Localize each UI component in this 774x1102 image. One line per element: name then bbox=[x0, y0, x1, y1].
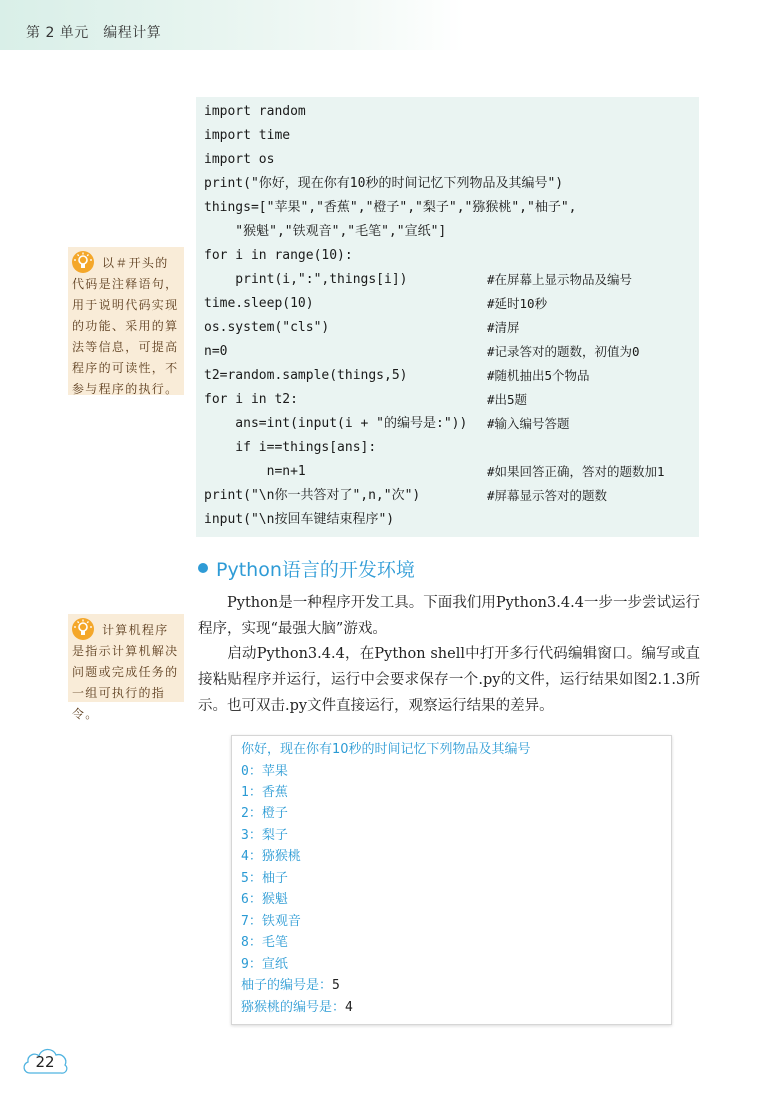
output-item: 6：猴魁 bbox=[241, 889, 288, 910]
code-line: things=["苹果","香蕉","橙子","梨子","猕猴桃","柚子", bbox=[204, 196, 577, 220]
program-definition-callout: 计算机程序是指示计算机解决问题或完成任务的一组可执行的指令。 bbox=[68, 614, 184, 702]
code-line: input("\n按回车键结束程序") bbox=[204, 508, 394, 532]
output-header: 你好，现在你有10秒的时间记忆下列物品及其编号 bbox=[241, 739, 531, 760]
code-line: print("你好，现在你有10秒的时间记忆下列物品及其编号") bbox=[204, 172, 563, 196]
code-comment: #记录答对的题数，初值为0 bbox=[487, 340, 640, 364]
bullet-dot-icon bbox=[198, 563, 208, 573]
comment-tip-callout: 以＃开头的代码是注释语句，用于说明代码实现的功能、采用的算法等信息，可提高程序的… bbox=[68, 247, 184, 395]
output-item: 9：宣纸 bbox=[241, 954, 288, 975]
output-item: 2：橙子 bbox=[241, 803, 288, 824]
output-item: 8：毛笔 bbox=[241, 932, 288, 953]
code-line: ans=int(input(i + "的编号是:")) bbox=[204, 412, 467, 436]
code-comment: #如果回答正确，答对的题数加1 bbox=[487, 460, 665, 484]
output-item: 5：柚子 bbox=[241, 868, 288, 889]
code-line: for i in t2: bbox=[204, 388, 298, 412]
code-comment: #随机抽出5个物品 bbox=[487, 364, 590, 388]
code-comment: #在屏幕上显示物品及编号 bbox=[487, 268, 632, 292]
page-header: 第 2 单元 编程计算 bbox=[0, 0, 774, 50]
code-block: import random import time import os prin… bbox=[196, 97, 699, 537]
code-line: if i==things[ans]: bbox=[204, 436, 376, 460]
output-item: 7：铁观音 bbox=[241, 911, 301, 932]
code-line: print(i,":",things[i]) bbox=[204, 268, 408, 292]
code-line: print("\n你一共答对了",n,"次") bbox=[204, 484, 420, 508]
code-line: import os bbox=[204, 148, 274, 172]
code-line: os.system("cls") bbox=[204, 316, 329, 340]
lightbulb-icon bbox=[72, 251, 94, 273]
output-item: 4：猕猴桃 bbox=[241, 846, 301, 867]
output-item: 1：香蕉 bbox=[241, 782, 288, 803]
page-number: 22 bbox=[20, 1053, 70, 1071]
section-heading: Python语言的开发环境 bbox=[198, 555, 415, 582]
code-line: for i in range(10): bbox=[204, 244, 353, 268]
program-output-figure: 你好，现在你有10秒的时间记忆下列物品及其编号 0：苹果 1：香蕉 2：橙子 3… bbox=[231, 735, 672, 1025]
code-comment: #屏幕显示答对的题数 bbox=[487, 484, 607, 508]
code-line: n=n+1 bbox=[204, 460, 306, 484]
code-comment: #延时10秒 bbox=[487, 292, 547, 316]
output-item: 3：梨子 bbox=[241, 825, 288, 846]
code-line: import time bbox=[204, 124, 290, 148]
page-number-badge: 22 bbox=[20, 1043, 70, 1079]
paragraph: Python是一种程序开发工具。下面我们用Python3.4.4一步一步尝试运行… bbox=[198, 590, 700, 642]
code-line: import random bbox=[204, 100, 306, 124]
section-title-text: Python语言的开发环境 bbox=[216, 559, 415, 581]
output-answer: 猕猴桃的编号是：4 bbox=[241, 997, 353, 1018]
callout-text: 以＃开头的代码是注释语句，用于说明代码实现的功能、采用的算法等信息，可提高程序的… bbox=[72, 256, 178, 396]
code-line: time.sleep(10) bbox=[204, 292, 314, 316]
code-line: t2=random.sample(things,5) bbox=[204, 364, 408, 388]
output-answer: 柚子的编号是：5 bbox=[241, 975, 340, 996]
code-line: n=0 bbox=[204, 340, 227, 364]
lightbulb-icon bbox=[72, 618, 94, 640]
code-comment: #输入编号答题 bbox=[487, 412, 570, 436]
code-comment: #清屏 bbox=[487, 316, 520, 340]
output-item: 0：苹果 bbox=[241, 761, 288, 782]
code-comment: #出5题 bbox=[487, 388, 527, 412]
code-line: "猴魁","铁观音","毛笔","宣纸"] bbox=[204, 220, 446, 244]
unit-title: 第 2 单元 编程计算 bbox=[26, 22, 161, 42]
paragraph: 启动Python3.4.4，在Python shell中打开多行代码编辑窗口。编… bbox=[198, 641, 700, 719]
